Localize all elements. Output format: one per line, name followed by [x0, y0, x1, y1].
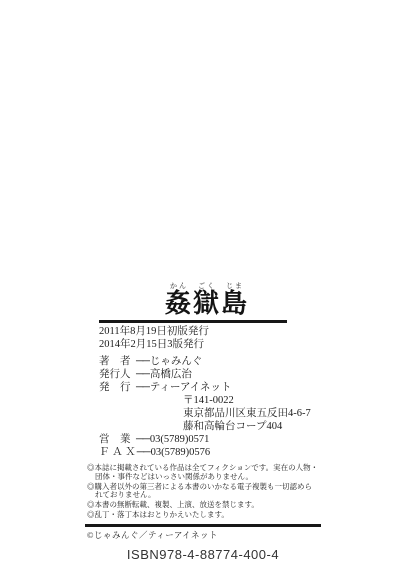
address-line-2: 藤和高輪台コープ404 — [183, 420, 321, 433]
author-name: じゃみんぐ — [150, 355, 203, 368]
footer-divider-rule — [85, 524, 321, 527]
issuer-name: 高橋広治 — [150, 368, 192, 381]
first-edition-date: 2011年8月19日初版発行 — [99, 325, 321, 338]
legal-notes: ◎本誌に掲載されている作品は全てフィクションです。実在の人物・団体・事件などはい… — [87, 464, 319, 520]
row-dash: ── — [136, 381, 149, 394]
author-label: 著 者 — [99, 355, 135, 368]
fax-row: Ｆ Ａ Ｘ──03(5789)0576 — [99, 446, 321, 459]
title-char-3: 島じま — [221, 289, 249, 318]
third-printing-date: 2014年2月15日3版発行 — [99, 338, 321, 351]
sales-phone-number: 03(5789)0571 — [150, 433, 210, 446]
sales-phone-row: 営 業──03(5789)0571 — [99, 433, 321, 446]
edition-dates: 2011年8月19日初版発行 2014年2月15日3版発行 — [99, 325, 321, 351]
row-dash: ── — [136, 433, 149, 446]
title-kanji-2: 獄 — [193, 289, 221, 318]
book-title: 姦かん獄ごく島じま — [93, 282, 321, 317]
copyright-line: ©じゃみんぐ／ティーアイネット — [87, 529, 321, 541]
title-kanji-3: 島 — [221, 289, 249, 318]
colophon-block: 姦かん獄ごく島じま 2011年8月19日初版発行 2014年2月15日3版発行 … — [85, 282, 321, 562]
title-furigana-3: じま — [221, 282, 249, 290]
title-furigana-1: かん — [165, 282, 193, 290]
address-line-1: 東京都品川区東五反田4-6-7 — [183, 407, 321, 420]
reproduction-prohibition-note: ◎本書の無断転載、複製、上演、放送を禁じます。 — [87, 501, 319, 510]
fax-label: Ｆ Ａ Ｘ — [99, 446, 136, 459]
publication-info: 著 者──じゃみんぐ 発行人──高橋広治 発 行──ティーアイネット 〒141-… — [99, 355, 321, 459]
author-row: 著 者──じゃみんぐ — [99, 355, 321, 368]
title-char-1: 姦かん — [165, 289, 193, 318]
publisher-address: 〒141-0022 東京都品川区東五反田4-6-7 藤和高輪台コープ404 — [183, 394, 321, 433]
title-kanji-1: 姦 — [165, 289, 193, 318]
sales-label: 営 業 — [99, 433, 135, 446]
title-char-2: 獄ごく — [193, 289, 221, 318]
row-dash: ── — [136, 368, 149, 381]
publisher-label: 発 行 — [99, 381, 135, 394]
publisher-name: ティーアイネット — [150, 381, 232, 394]
title-divider-rule — [99, 320, 287, 323]
defective-copy-note: ◎乱丁・落丁本はおとりかえいたします。 — [87, 511, 319, 520]
postal-code: 〒141-0022 — [183, 394, 321, 407]
fiction-disclaimer-note: ◎本誌に掲載されている作品は全てフィクションです。実在の人物・団体・事件などはい… — [87, 464, 319, 482]
digital-copy-note: ◎購入者以外の第三者による本書のいかなる電子複製も一切認められておりません。 — [87, 483, 319, 501]
title-furigana-2: ごく — [193, 282, 221, 290]
issuer-label: 発行人 — [99, 368, 135, 381]
row-dash: ── — [137, 446, 150, 459]
book-title-text: 姦かん獄ごく島じま — [165, 289, 249, 318]
colophon-page: 姦かん獄ごく島じま 2011年8月19日初版発行 2014年2月15日3版発行 … — [0, 0, 400, 587]
publisher-row: 発 行──ティーアイネット — [99, 381, 321, 394]
isbn-number: ISBN978-4-88774-400-4 — [85, 547, 321, 562]
fax-number: 03(5789)0576 — [151, 446, 211, 459]
issuer-row: 発行人──高橋広治 — [99, 368, 321, 381]
row-dash: ── — [136, 355, 149, 368]
